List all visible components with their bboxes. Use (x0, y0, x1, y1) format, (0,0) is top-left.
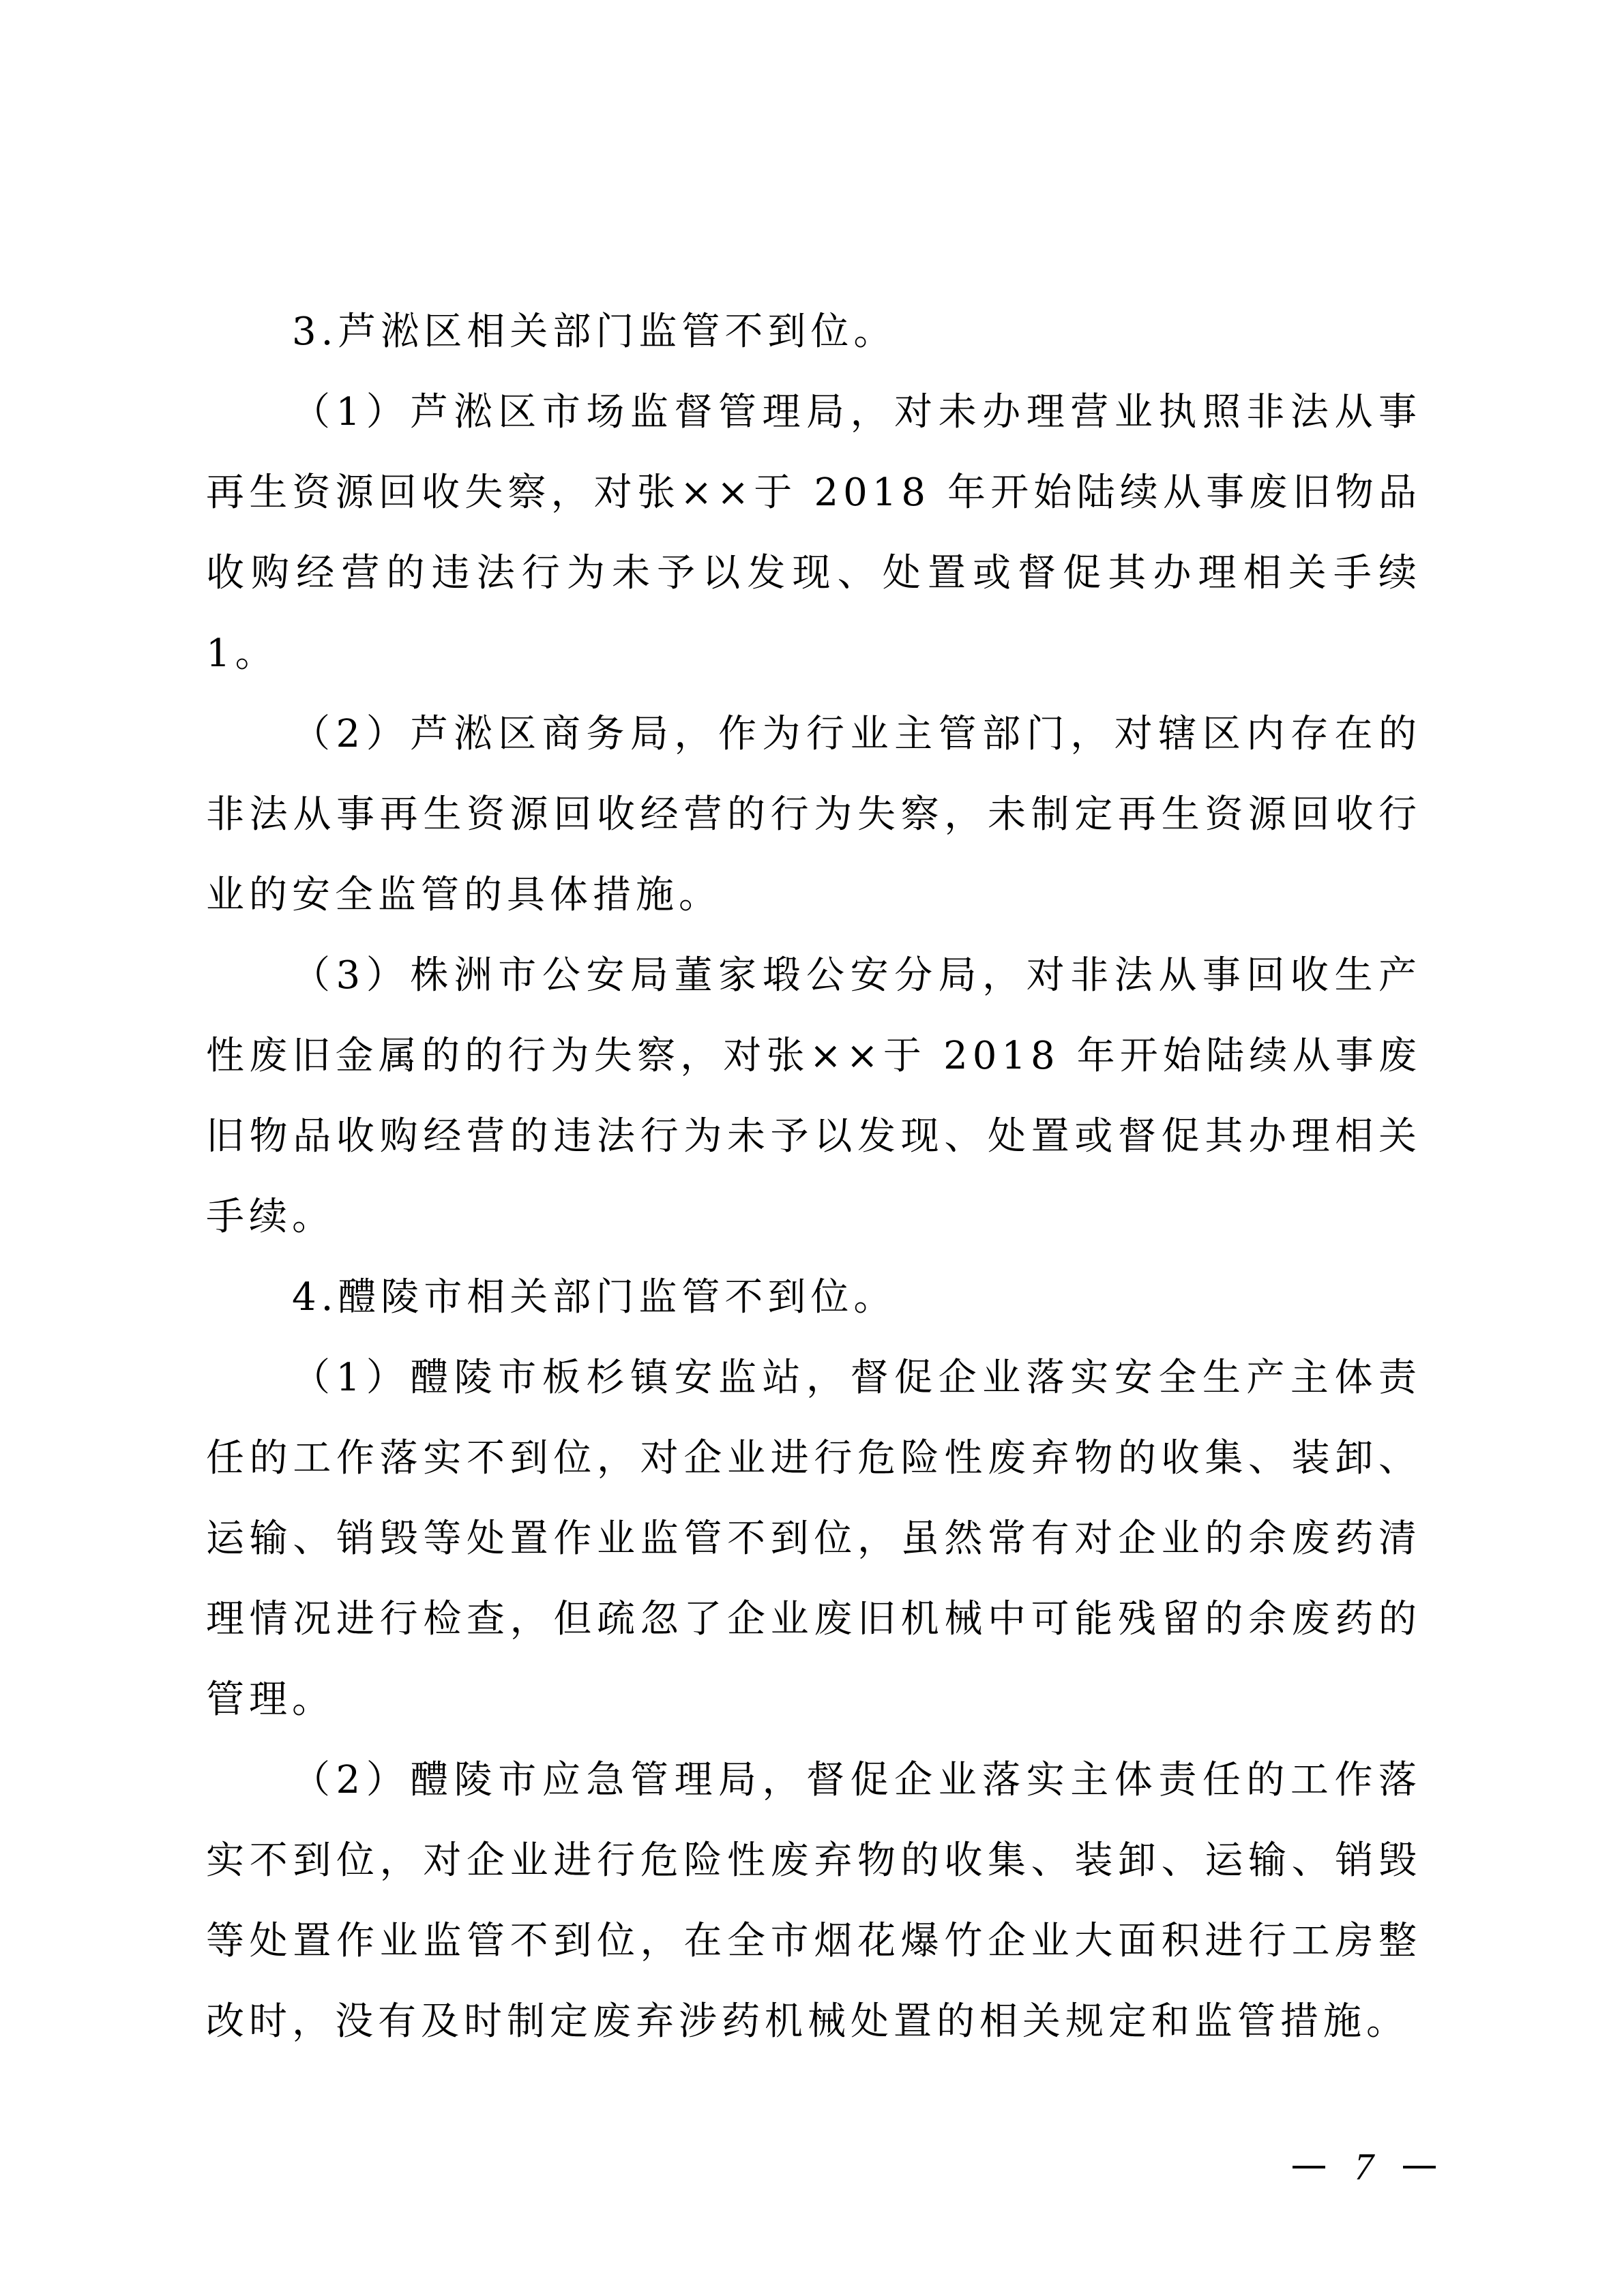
dash-left (1293, 2166, 1325, 2168)
item-luosong-commerce-bureau: （2）芦淞区商务局，作为行业主管部门，对辖区内存在的非法从事再生资源回收经营的行… (206, 694, 1421, 936)
section-heading-liling: 4.醴陵市相关部门监管不到位。 (206, 1257, 1421, 1338)
item-banshan-safety-station: （1）醴陵市板杉镇安监站，督促企业落实安全生产主体责任的工作落实不到位，对企业进… (206, 1338, 1421, 1740)
dash-right (1403, 2166, 1436, 2168)
section-heading-luosong: 3.芦淞区相关部门监管不到位。 (206, 292, 1421, 372)
item-luosong-market-supervision: （1）芦淞区市场监督管理局，对未办理营业执照非法从事再生资源回收失察，对张××于… (206, 372, 1421, 694)
item-dongjiaduan-police: （3）株洲市公安局董家塅公安分局，对非法从事回收生产性废旧金属的的行为失察，对张… (206, 936, 1421, 1257)
page-number: 7 (1355, 2140, 1374, 2194)
item-liling-emergency-bureau: （2）醴陵市应急管理局，督促企业落实主体责任的工作落实不到位，对企业进行危险性废… (206, 1740, 1421, 2062)
page-footer: 7 (1293, 2140, 1436, 2194)
document-page: 3.芦淞区相关部门监管不到位。 （1）芦淞区市场监督管理局，对未办理营业执照非法… (0, 0, 1624, 2296)
document-body: 3.芦淞区相关部门监管不到位。 （1）芦淞区市场监督管理局，对未办理营业执照非法… (206, 292, 1421, 2062)
